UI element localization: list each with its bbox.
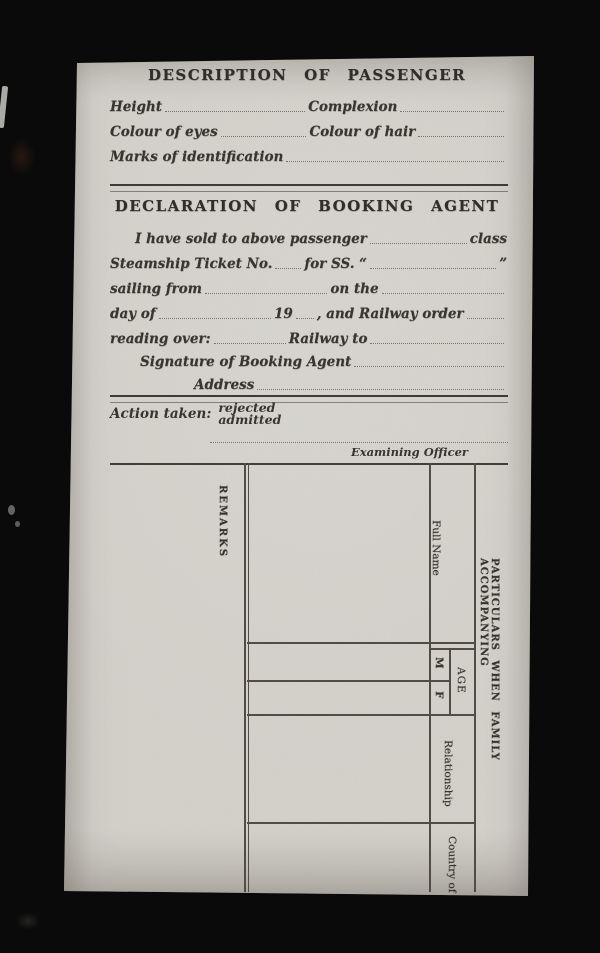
height-complexion-row: Height Complexion — [110, 97, 507, 115]
class-label: class — [470, 231, 507, 247]
railway-order-field-line — [467, 318, 504, 319]
steamship-ticket-label: Steamship Ticket No. — [110, 256, 272, 272]
year-field-line — [296, 318, 314, 319]
scan-corner-shade — [480, 0, 600, 60]
signature-row: Signature of Booking Agent — [140, 352, 507, 370]
scan-edge-artifact — [0, 86, 8, 128]
day-of-label: day of — [110, 306, 156, 322]
table-header-border-line — [474, 463, 476, 892]
table-age-top-line — [429, 648, 474, 650]
table-age-bottom-line — [247, 714, 474, 716]
railway-to-field-line — [370, 343, 504, 344]
table-top-rule — [110, 463, 508, 465]
ticket-row: Steamship Ticket No. for SS. “ ” — [110, 254, 507, 272]
ship-name-field-line — [370, 268, 496, 269]
month-field-line — [159, 318, 271, 319]
day-railway-row: day of 19 , and Railway order — [110, 304, 507, 322]
action-taken-row: Action taken: rejected admitted — [110, 402, 281, 426]
full-name-column-header: Full Name — [430, 520, 442, 584]
colour-of-hair-label: Colour of hair — [309, 124, 415, 140]
sold-field-line — [370, 243, 467, 244]
address-row: Address — [194, 375, 507, 393]
scanned-photo-frame: DESCRIPTION OF PASSENGER Height Complexi… — [0, 0, 600, 953]
female-column-header: F — [433, 691, 445, 698]
signature-field-line — [354, 366, 504, 367]
eyes-hair-row: Colour of eyes Colour of hair — [110, 122, 507, 140]
declaration-section-title: DECLARATION OF BOOKING AGENT — [86, 197, 528, 215]
railway-to-label: Railway to — [289, 331, 368, 347]
particulars-banner: PARTICULARS WHEN FAMILY ACCOMPANYING — [478, 558, 500, 848]
address-label: Address — [194, 377, 254, 393]
complexion-field-line — [400, 111, 504, 112]
table-age-sub-line — [449, 648, 451, 714]
section-divider-rule — [110, 184, 508, 192]
scan-stain — [8, 138, 36, 176]
ss-close-quote: ” — [499, 256, 507, 272]
male-column-header: M — [433, 657, 445, 669]
action-options: rejected admitted — [218, 402, 281, 426]
height-field-line — [165, 111, 305, 112]
action-taken-label: Action taken: — [110, 406, 211, 422]
on-the-label: on the — [330, 281, 378, 297]
form-content: DESCRIPTION OF PASSENGER Height Complexi… — [66, 58, 532, 892]
table-mf-separator-line — [247, 680, 449, 682]
sold-row: I have sold to above passenger class — [135, 229, 507, 247]
table-relationship-bottom-line — [247, 822, 474, 824]
marks-row: Marks of identification — [110, 147, 507, 165]
scan-speck — [15, 521, 20, 527]
reading-over-label: reading over: — [110, 331, 211, 347]
railway-order-label: , and Railway order — [317, 306, 464, 322]
table-remarks-double-line-a — [244, 463, 246, 892]
admitted-option: admitted — [218, 414, 281, 426]
year-prefix: 19 — [274, 306, 293, 322]
sold-to-passenger-label: I have sold to above passenger — [135, 231, 367, 247]
for-ss-label: for SS. “ — [304, 256, 367, 272]
country-column-header: Country of — [446, 836, 458, 894]
examining-officer-signature-line — [210, 442, 508, 443]
table-fullname-bottom-line — [247, 642, 474, 644]
marks-field-line — [286, 161, 504, 162]
remarks-column-header: REMARKS — [217, 485, 228, 551]
hair-field-line — [418, 136, 504, 137]
scan-stain — [16, 912, 40, 930]
relationship-column-header: Relationship — [442, 740, 454, 822]
reading-over-row: reading over: Railway to — [110, 329, 507, 347]
form-paper: DESCRIPTION OF PASSENGER Height Complexi… — [64, 56, 534, 896]
examining-officer-label: Examining Officer — [351, 445, 468, 459]
ticket-number-field-line — [275, 268, 301, 269]
sailing-row: sailing from on the — [110, 279, 507, 297]
address-field-line — [257, 389, 504, 390]
scan-speck — [8, 505, 15, 515]
description-section-title: DESCRIPTION OF PASSENGER — [86, 66, 528, 84]
age-column-header: AGE — [455, 667, 467, 694]
table-remarks-double-line-b — [248, 463, 250, 892]
reading-over-field-line — [214, 343, 286, 344]
sailing-port-field-line — [205, 293, 327, 294]
signature-of-booking-agent-label: Signature of Booking Agent — [140, 354, 351, 370]
marks-of-identification-label: Marks of identification — [110, 149, 283, 165]
eyes-field-line — [221, 136, 307, 137]
sailing-from-label: sailing from — [110, 281, 202, 297]
colour-of-eyes-label: Colour of eyes — [110, 124, 218, 140]
height-label: Height — [110, 99, 162, 115]
sailing-date-field-line — [382, 293, 504, 294]
complexion-label: Complexion — [308, 99, 397, 115]
